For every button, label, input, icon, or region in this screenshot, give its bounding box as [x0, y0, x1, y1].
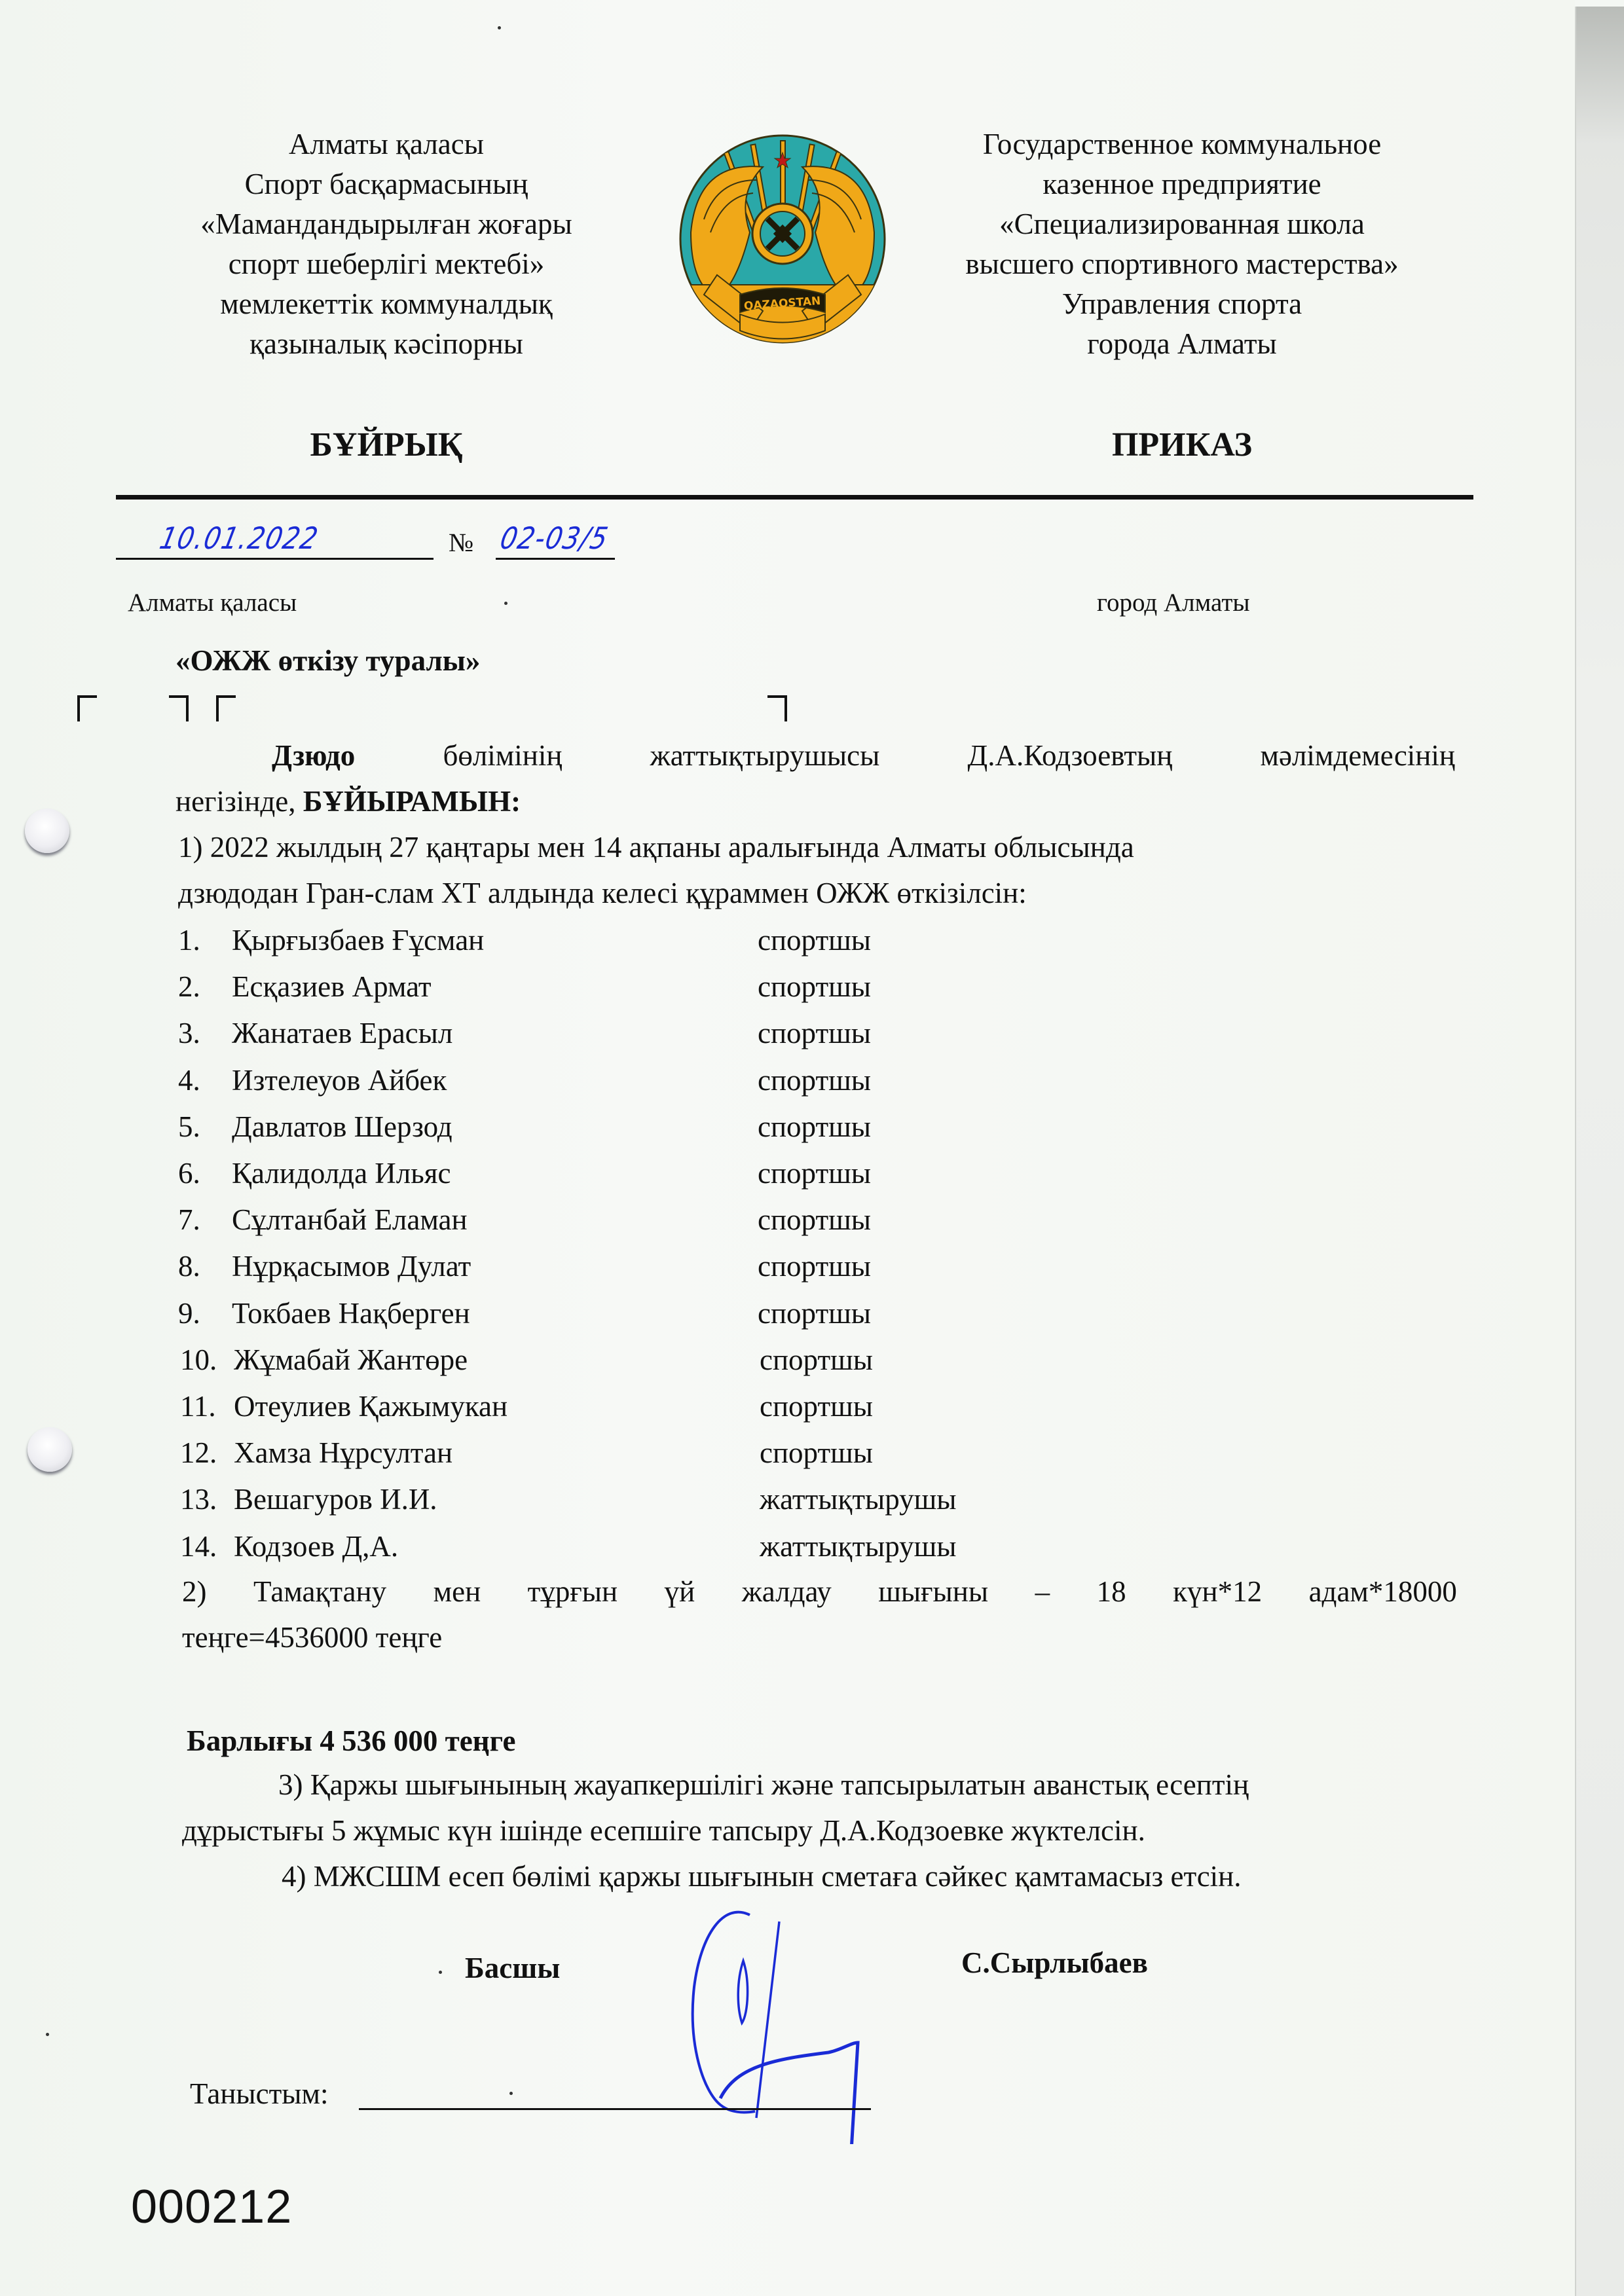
- participant-row: 4.Изтелеуов Айбекспортшы: [178, 1063, 447, 1102]
- participant-name: Қырғызбаев Ғұсман: [232, 924, 484, 957]
- preamble-line-1: Дзюдо бөлімінің жаттықтырушысы Д.А.Кодзо…: [272, 738, 1455, 773]
- participant-role: спортшы: [758, 1063, 871, 1097]
- number-label: №: [449, 527, 473, 558]
- bracket-mark: [77, 695, 97, 721]
- participant-row: 12.Хамза Нұрсултанспортшы: [180, 1436, 452, 1475]
- scan-speck: [498, 26, 501, 29]
- participant-role: спортшы: [758, 1156, 871, 1190]
- participant-number: 14.: [180, 1529, 234, 1563]
- scan-speck: [504, 602, 507, 605]
- item2-word: күн*12: [1173, 1575, 1262, 1609]
- item2-word: адам*18000: [1309, 1575, 1457, 1609]
- header-divider: [116, 495, 1473, 500]
- participant-number: 11.: [180, 1389, 234, 1423]
- participant-name: Изтелеуов Айбек: [232, 1064, 447, 1097]
- participant-role: спортшы: [758, 1296, 871, 1330]
- participant-name: Кодзоев Д,А.: [234, 1530, 398, 1563]
- participant-number: 1.: [178, 923, 232, 957]
- bracket-mark: [767, 695, 787, 721]
- scan-edge-shadow: [1575, 7, 1624, 2296]
- signatory-position: Басшы: [465, 1951, 560, 1985]
- participant-role: спортшы: [760, 1389, 873, 1423]
- participant-role: спортшы: [760, 1436, 873, 1470]
- participant-row: 6.Қалидолда Ильясспортшы: [178, 1156, 451, 1195]
- participant-role: спортшы: [758, 1110, 871, 1144]
- hole-punch-bottom: [28, 1427, 72, 1472]
- bracket-mark: [216, 695, 236, 721]
- scan-speck: [509, 2092, 513, 2095]
- header-ru-line: «Специализированная школа: [913, 204, 1450, 244]
- header-kz-line: Алматы қаласы: [118, 124, 655, 164]
- item2-line-2: теңге=4536000 теңге: [182, 1620, 442, 1654]
- participant-number: 7.: [178, 1203, 232, 1237]
- participant-row: 10.Жұмабай Жантөреспортшы: [180, 1343, 468, 1382]
- acknowledged-signature-line: [359, 2108, 871, 2110]
- participant-name: Жанатаев Ерасыл: [232, 1017, 452, 1049]
- participant-row: 14.Кодзоев Д,А.жаттықтырушы: [180, 1529, 398, 1569]
- header-ru-line: города Алматы: [913, 324, 1450, 364]
- participant-name: Хамза Нұрсултан: [234, 1436, 452, 1469]
- header-ru-line: Государственное коммунальное: [913, 124, 1450, 164]
- participant-number: 13.: [180, 1482, 234, 1516]
- participant-number: 10.: [180, 1343, 234, 1377]
- participant-row: 3.Жанатаев Ерасылспортшы: [178, 1016, 452, 1055]
- header-ru-org: Государственное коммунальное казенное пр…: [913, 124, 1450, 364]
- participant-role: спортшы: [758, 1249, 871, 1283]
- participant-row: 9.Токбаев Нақбергенспортшы: [178, 1296, 470, 1336]
- item2-word: –: [1035, 1575, 1050, 1609]
- participant-row: 8.Нұрқасымов Дулатспортшы: [178, 1249, 471, 1288]
- participant-number: 12.: [180, 1436, 234, 1470]
- header-kz-line: мемлекеттік коммуналдық: [118, 284, 655, 324]
- participant-name: Қалидолда Ильяс: [232, 1157, 451, 1190]
- order-date: 10.01.2022: [157, 520, 322, 556]
- participant-row: 11.Отеулиев Қажымуканспортшы: [180, 1389, 507, 1429]
- header-ru-line: казенное предприятие: [913, 164, 1450, 204]
- item3-line-1: 3) Қаржы шығынының жауапкершілігі және т…: [278, 1768, 1249, 1802]
- hole-punch-top: [25, 809, 69, 853]
- header-ru-line: высшего спортивного мастерства»: [913, 244, 1450, 284]
- participant-number: 4.: [178, 1063, 232, 1097]
- participant-name: Есқазиев Армат: [232, 970, 432, 1003]
- preamble-bold-word: Дзюдо: [272, 738, 355, 773]
- scan-speck: [439, 1971, 442, 1974]
- item2-word: Тамақтану: [253, 1575, 386, 1609]
- item2-word: мен: [434, 1575, 481, 1609]
- participant-number: 2.: [178, 970, 232, 1004]
- item2-word: 18: [1097, 1575, 1126, 1609]
- item2-word: үй: [665, 1575, 695, 1609]
- participant-name: Нұрқасымов Дулат: [232, 1250, 471, 1283]
- signature-scribble-icon: [632, 1895, 927, 2144]
- participant-name: Сұлтанбай Еламан: [232, 1203, 468, 1236]
- participant-name: Токбаев Нақберген: [232, 1297, 470, 1330]
- preamble-line-2: негізінде, БҰЙЫРАМЫН:: [175, 784, 521, 818]
- item1-line-1: 1) 2022 жылдың 27 қаңтары мен 14 ақпаны …: [178, 830, 1134, 864]
- header-ru-line: Управления спорта: [913, 284, 1450, 324]
- item2-word: 2): [182, 1575, 207, 1609]
- participant-role: спортшы: [760, 1343, 873, 1377]
- header-kz-org: Алматы қаласы Спорт басқармасының «Маман…: [118, 124, 655, 364]
- bracket-mark: [169, 695, 189, 721]
- participant-number: 5.: [178, 1110, 232, 1144]
- participant-name: Отеулиев Қажымукан: [234, 1390, 507, 1423]
- order-number: 02-03/5: [497, 520, 612, 556]
- participant-name: Вешагуров И.И.: [234, 1483, 437, 1516]
- date-underline: [116, 558, 434, 560]
- participant-name: Давлатов Шерзод: [232, 1110, 452, 1143]
- preamble-word: жаттықтырушысы: [650, 738, 880, 773]
- place-kz: Алматы қаласы: [128, 588, 297, 617]
- doc-type-kz: БҰЙРЫҚ: [190, 426, 583, 464]
- participant-number: 9.: [178, 1296, 232, 1330]
- doc-type-ru: ПРИКАЗ: [986, 426, 1378, 464]
- participant-number: 3.: [178, 1016, 232, 1050]
- preamble-word: бөлімінің: [443, 738, 562, 773]
- item2-word: жалдау: [742, 1575, 832, 1609]
- participant-row: 1.Қырғызбаев Ғұсманспортшы: [178, 923, 484, 962]
- acknowledged-label: Таныстым:: [190, 2077, 329, 2111]
- item2-word: шығыны: [878, 1575, 988, 1609]
- preamble-prefix: негізінде,: [175, 785, 296, 818]
- participant-role: спортшы: [758, 1016, 871, 1050]
- header-kz-line: Спорт басқармасының: [118, 164, 655, 204]
- item2-line-1: 2) Тамақтану мен тұрғын үй жалдау шығыны…: [182, 1575, 1457, 1609]
- participant-number: 8.: [178, 1249, 232, 1283]
- participant-name: Жұмабай Жантөре: [234, 1343, 468, 1376]
- item1-line-2: дзюдодан Гран-слам ХТ алдында келесі құр…: [178, 876, 1027, 910]
- item3-line-2: дұрыстығы 5 жұмыс күн ішінде есепшіге та…: [182, 1813, 1145, 1848]
- header-kz-line: спорт шеберлігі мектебі»: [118, 244, 655, 284]
- participant-row: 13.Вешагуров И.И.жаттықтырушы: [180, 1482, 437, 1522]
- participant-role: спортшы: [758, 970, 871, 1004]
- number-underline: [496, 558, 615, 560]
- participant-role: жаттықтырушы: [760, 1482, 957, 1516]
- order-directive: БҰЙЫРАМЫН:: [303, 785, 521, 818]
- place-ru: город Алматы: [1097, 588, 1250, 617]
- participant-row: 7.Сұлтанбай Еламанспортшы: [178, 1203, 468, 1242]
- state-emblem-icon: QAZAQSTAN: [678, 134, 887, 344]
- document-serial: 000212: [131, 2180, 292, 2234]
- preamble-word: Д.А.Кодзоевтың: [968, 738, 1173, 773]
- order-title: «ОЖЖ өткізу туралы»: [175, 644, 480, 678]
- participant-row: 2.Есқазиев Арматспортшы: [178, 970, 432, 1009]
- signatory-name: С.Сырлыбаев: [961, 1946, 1148, 1980]
- header-kz-line: қазыналық кәсіпорны: [118, 324, 655, 364]
- preamble-word: мәлімдемесінің: [1261, 738, 1455, 773]
- item4-line: 4) МЖСШМ есеп бөлімі қаржы шығынын смета…: [282, 1859, 1242, 1893]
- participant-row: 5.Давлатов Шерзодспортшы: [178, 1110, 452, 1149]
- item2-word: тұрғын: [528, 1575, 618, 1609]
- participant-role: спортшы: [758, 1203, 871, 1237]
- header-kz-line: «Мамандандырылған жоғары: [118, 204, 655, 244]
- participant-role: спортшы: [758, 923, 871, 957]
- participant-number: 6.: [178, 1156, 232, 1190]
- total-amount: Барлығы 4 536 000 теңге: [187, 1724, 515, 1758]
- participant-role: жаттықтырушы: [760, 1529, 957, 1563]
- scan-speck: [46, 2033, 49, 2036]
